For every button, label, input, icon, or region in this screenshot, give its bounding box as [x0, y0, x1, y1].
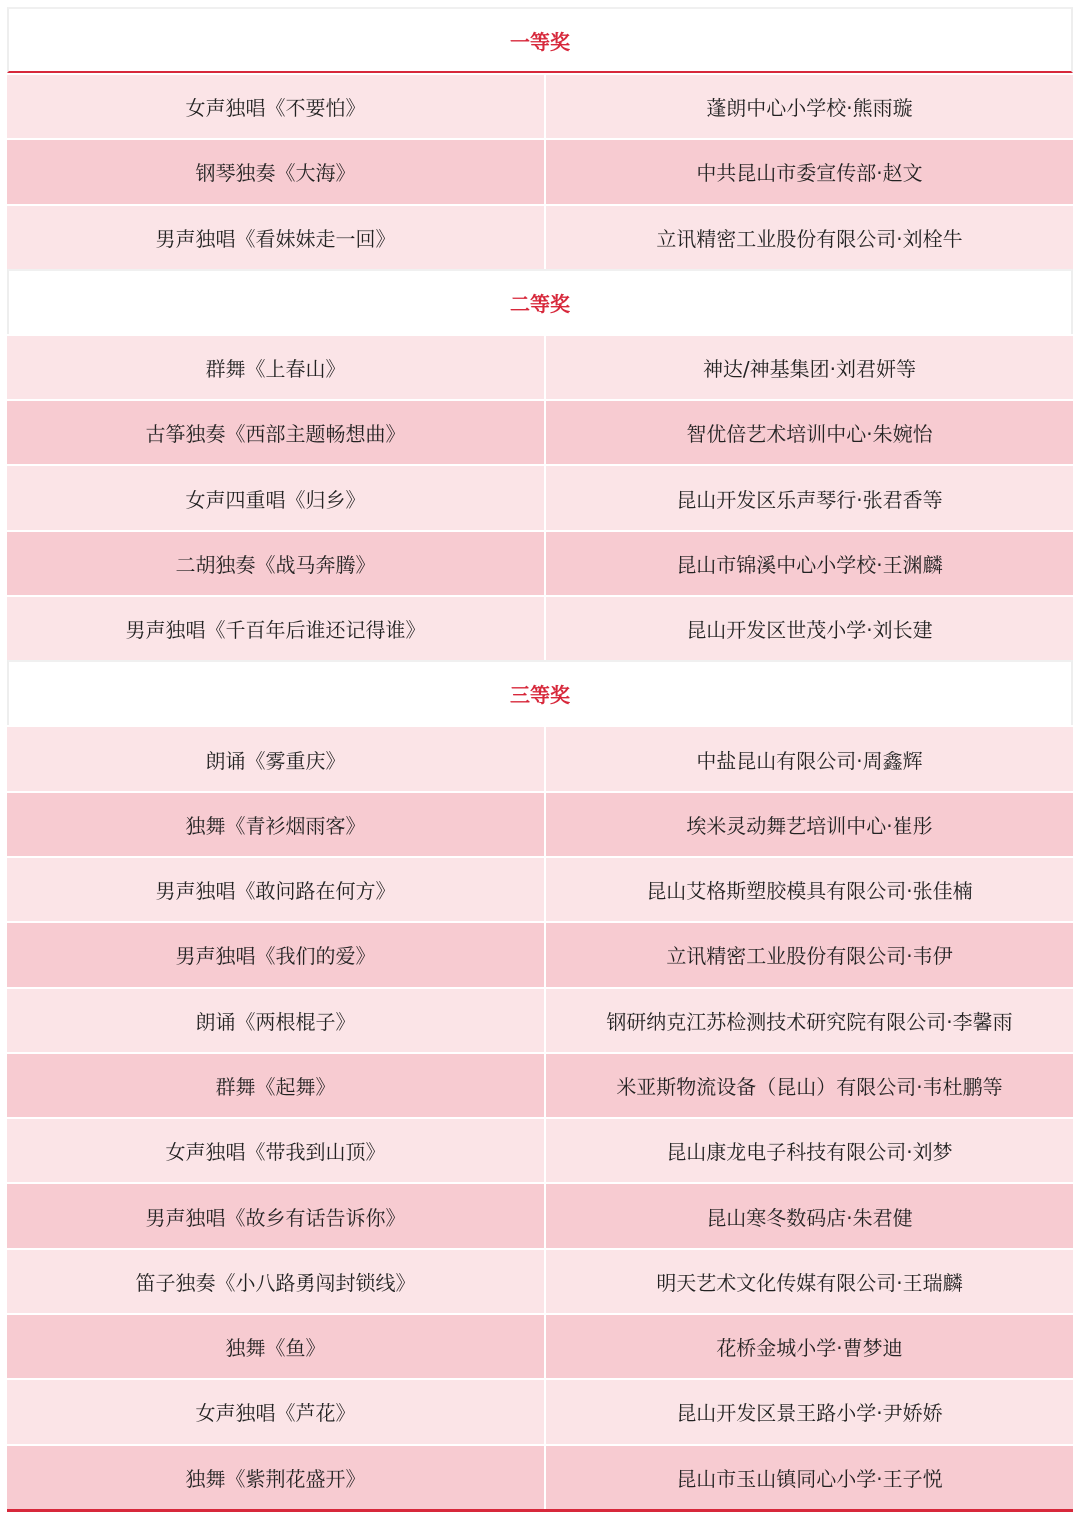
performer-cell: 埃米灵动舞艺培训中心·崔彤 [546, 793, 1073, 856]
awards-table: 一等奖 女声独唱《不要怕》 蓬朗中心小学校·熊雨璇 钢琴独奏《大海》 中共昆山市… [7, 7, 1073, 1512]
program-cell: 女声独唱《不要怕》 [7, 75, 544, 138]
performer-cell: 昆山开发区景王路小学·尹娇娇 [546, 1380, 1073, 1443]
performer-cell: 立讯精密工业股份有限公司·刘栓牛 [546, 206, 1073, 269]
table-row: 独舞《鱼》 花桥金城小学·曹梦迪 [7, 1313, 1073, 1378]
program-cell: 男声独唱《我们的爱》 [7, 923, 544, 986]
section-title: 二等奖 [510, 288, 570, 317]
table-row: 独舞《紫荆花盛开》 昆山市玉山镇同心小学·王子悦 [7, 1444, 1073, 1509]
program-cell: 女声四重唱《归乡》 [7, 466, 544, 529]
program-cell: 女声独唱《芦花》 [7, 1380, 544, 1443]
performer-cell: 花桥金城小学·曹梦迪 [546, 1315, 1073, 1378]
table-row: 女声独唱《不要怕》 蓬朗中心小学校·熊雨璇 [7, 73, 1073, 138]
performer-cell: 中盐昆山有限公司·周鑫辉 [546, 727, 1073, 790]
performer-cell: 明天艺术文化传媒有限公司·王瑞麟 [546, 1250, 1073, 1313]
table-row: 女声四重唱《归乡》 昆山开发区乐声琴行·张君香等 [7, 464, 1073, 529]
table-bottom-border [7, 1509, 1073, 1512]
table-row: 独舞《青衫烟雨客》 埃米灵动舞艺培训中心·崔彤 [7, 791, 1073, 856]
table-row: 男声独唱《敢问路在何方》 昆山艾格斯塑胶模具有限公司·张佳楠 [7, 856, 1073, 921]
performer-cell: 蓬朗中心小学校·熊雨璇 [546, 75, 1073, 138]
program-cell: 独舞《紫荆花盛开》 [7, 1446, 544, 1509]
performer-cell: 智优倍艺术培训中心·朱婉怡 [546, 401, 1073, 464]
section-title: 一等奖 [510, 26, 570, 55]
program-cell: 独舞《鱼》 [7, 1315, 544, 1378]
program-cell: 钢琴独奏《大海》 [7, 140, 544, 203]
section-header-second-prize: 二等奖 [7, 269, 1073, 334]
program-cell: 笛子独奏《小八路勇闯封锁线》 [7, 1250, 544, 1313]
table-row: 钢琴独奏《大海》 中共昆山市委宣传部·赵文 [7, 138, 1073, 203]
section-title: 三等奖 [510, 679, 570, 708]
performer-cell: 昆山艾格斯塑胶模具有限公司·张佳楠 [546, 858, 1073, 921]
table-row: 朗诵《两根棍子》 钢研纳克江苏检测技术研究院有限公司·李馨雨 [7, 987, 1073, 1052]
program-cell: 男声独唱《千百年后谁还记得谁》 [7, 597, 544, 660]
program-cell: 二胡独奏《战马奔腾》 [7, 532, 544, 595]
table-row: 女声独唱《芦花》 昆山开发区景王路小学·尹娇娇 [7, 1378, 1073, 1443]
section-header-third-prize: 三等奖 [7, 660, 1073, 725]
performer-cell: 立讯精密工业股份有限公司·韦伊 [546, 923, 1073, 986]
section-header-first-prize: 一等奖 [7, 7, 1073, 73]
program-cell: 男声独唱《看妹妹走一回》 [7, 206, 544, 269]
performer-cell: 昆山康龙电子科技有限公司·刘梦 [546, 1119, 1073, 1182]
table-row: 男声独唱《千百年后谁还记得谁》 昆山开发区世茂小学·刘长建 [7, 595, 1073, 660]
program-cell: 独舞《青衫烟雨客》 [7, 793, 544, 856]
program-cell: 朗诵《雾重庆》 [7, 727, 544, 790]
table-row: 女声独唱《带我到山顶》 昆山康龙电子科技有限公司·刘梦 [7, 1117, 1073, 1182]
program-cell: 女声独唱《带我到山顶》 [7, 1119, 544, 1182]
table-row: 男声独唱《我们的爱》 立讯精密工业股份有限公司·韦伊 [7, 921, 1073, 986]
program-cell: 男声独唱《故乡有话告诉你》 [7, 1184, 544, 1247]
program-cell: 群舞《起舞》 [7, 1054, 544, 1117]
performer-cell: 昆山市玉山镇同心小学·王子悦 [546, 1446, 1073, 1509]
performer-cell: 昆山开发区乐声琴行·张君香等 [546, 466, 1073, 529]
table-row: 群舞《起舞》 米亚斯物流设备（昆山）有限公司·韦杜鹏等 [7, 1052, 1073, 1117]
table-row: 群舞《上春山》 神达/神基集团·刘君妍等 [7, 334, 1073, 399]
performer-cell: 神达/神基集团·刘君妍等 [546, 336, 1073, 399]
program-cell: 古筝独奏《西部主题畅想曲》 [7, 401, 544, 464]
performer-cell: 米亚斯物流设备（昆山）有限公司·韦杜鹏等 [546, 1054, 1073, 1117]
performer-cell: 昆山开发区世茂小学·刘长建 [546, 597, 1073, 660]
table-row: 朗诵《雾重庆》 中盐昆山有限公司·周鑫辉 [7, 725, 1073, 790]
performer-cell: 中共昆山市委宣传部·赵文 [546, 140, 1073, 203]
program-cell: 朗诵《两根棍子》 [7, 989, 544, 1052]
program-cell: 群舞《上春山》 [7, 336, 544, 399]
performer-cell: 昆山市锦溪中心小学校·王渊麟 [546, 532, 1073, 595]
table-row: 二胡独奏《战马奔腾》 昆山市锦溪中心小学校·王渊麟 [7, 530, 1073, 595]
program-cell: 男声独唱《敢问路在何方》 [7, 858, 544, 921]
performer-cell: 钢研纳克江苏检测技术研究院有限公司·李馨雨 [546, 989, 1073, 1052]
table-row: 男声独唱《看妹妹走一回》 立讯精密工业股份有限公司·刘栓牛 [7, 204, 1073, 269]
performer-cell: 昆山寒冬数码店·朱君健 [546, 1184, 1073, 1247]
table-row: 笛子独奏《小八路勇闯封锁线》 明天艺术文化传媒有限公司·王瑞麟 [7, 1248, 1073, 1313]
table-row: 男声独唱《故乡有话告诉你》 昆山寒冬数码店·朱君健 [7, 1182, 1073, 1247]
table-row: 古筝独奏《西部主题畅想曲》 智优倍艺术培训中心·朱婉怡 [7, 399, 1073, 464]
